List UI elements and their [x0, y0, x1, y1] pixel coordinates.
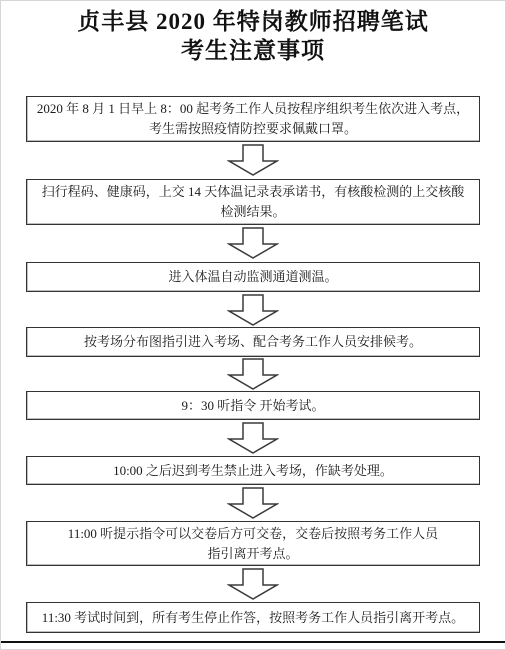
step-text-line: 10:00 之后迟到考生禁止进入考场，作缺考处理。 — [113, 461, 393, 481]
step-text-line: 扫行程码、健康码，上交 14 天体温记录表承诺书，有核酸检测的上交核酸 — [42, 182, 465, 202]
bottom-rule — [1, 641, 505, 643]
flow-step-enter-site: 2020 年 8 月 1 日早上 8：00 起考务工作人员按程序组织考生依次进入… — [26, 96, 480, 142]
flow-step-enter-room: 按考场分布图指引进入考场、配合考务工作人员安排候考。 — [26, 327, 480, 357]
down-arrow-icon — [227, 144, 279, 176]
flow-step-exam-start: 9：30 听指令 开始考试。 — [26, 391, 480, 420]
flow-step-late-policy: 10:00 之后迟到考生禁止进入考场，作缺考处理。 — [26, 456, 480, 485]
step-text-line: 9：30 听指令 开始考试。 — [181, 396, 324, 416]
title-line-1: 贞丰县 2020 年特岗教师招聘笔试 — [1, 7, 505, 36]
down-arrow-icon — [227, 422, 279, 454]
down-arrow-icon — [227, 487, 279, 519]
step-text-line: 11:00 听提示指令可以交卷后方可交卷，交卷后按照考务工作人员 — [68, 524, 438, 544]
step-text-line: 按考场分布图指引进入考场、配合考务工作人员安排候考。 — [84, 332, 422, 352]
flow-step-scan-codes: 扫行程码、健康码，上交 14 天体温记录表承诺书，有核酸检测的上交核酸 检测结果… — [26, 179, 480, 225]
flow-step-submit-paper: 11:00 听提示指令可以交卷后方可交卷，交卷后按照考务工作人员 指引离开考点。 — [26, 521, 480, 566]
step-text-line: 指引离开考点。 — [207, 544, 298, 564]
down-arrow-icon — [227, 358, 279, 390]
title-line-2: 考生注意事项 — [1, 36, 505, 65]
down-arrow-icon — [227, 568, 279, 600]
step-text-line: 进入体温自动监测通道测温。 — [168, 267, 337, 287]
flow-step-temperature-check: 进入体温自动监测通道测温。 — [26, 262, 480, 292]
step-text-line: 2020 年 8 月 1 日早上 8：00 起考务工作人员按程序组织考生依次进入… — [37, 99, 469, 119]
flow-step-exam-end: 11:30 考试时间到，所有考生停止作答，按照考务工作人员指引离开考点。 — [26, 602, 480, 633]
down-arrow-icon — [227, 227, 279, 259]
flowchart-page: 贞丰县 2020 年特岗教师招聘笔试 考生注意事项 2020 年 8 月 1 日… — [0, 0, 506, 650]
step-text-line: 考生需按照疫情防控要求佩戴口罩。 — [149, 119, 357, 139]
page-title: 贞丰县 2020 年特岗教师招聘笔试 考生注意事项 — [1, 7, 505, 65]
step-text-line: 11:30 考试时间到，所有考生停止作答，按照考务工作人员指引离开考点。 — [42, 608, 464, 628]
step-text-line: 检测结果。 — [220, 202, 285, 222]
down-arrow-icon — [227, 294, 279, 326]
